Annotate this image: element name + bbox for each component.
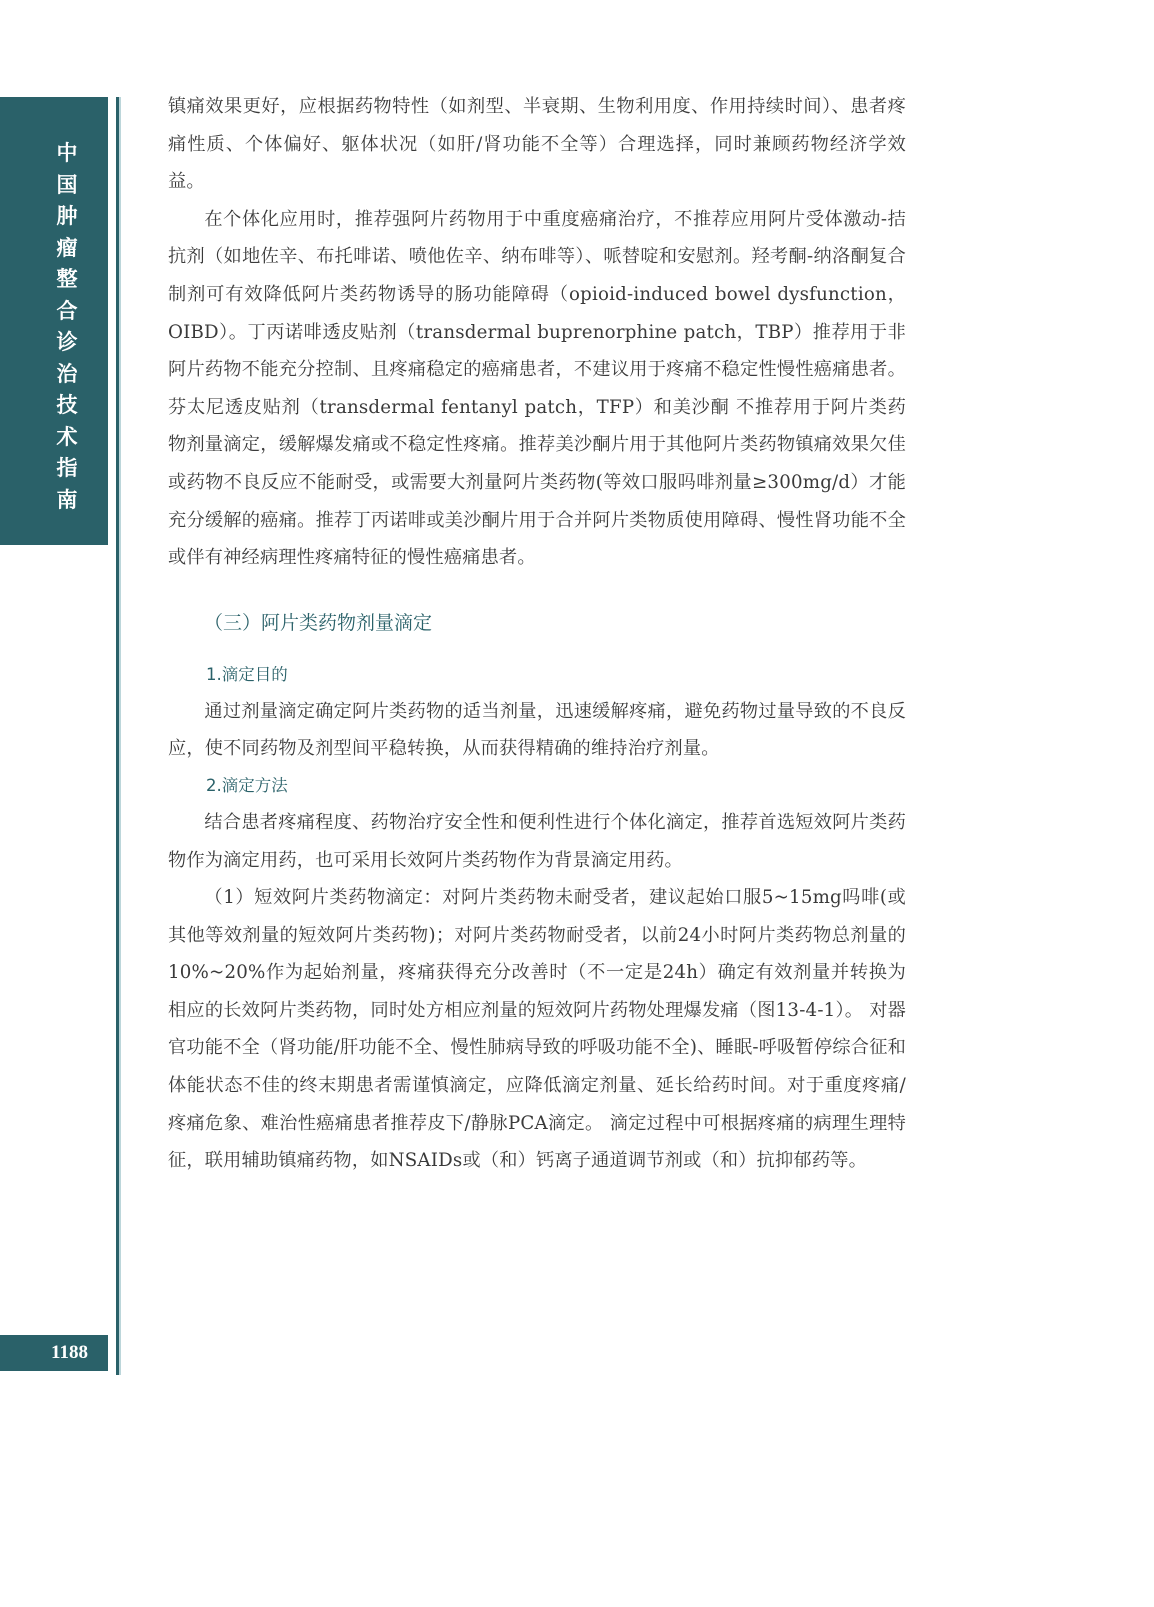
title-char: 国 xyxy=(52,170,82,202)
title-char: 整 xyxy=(52,264,82,296)
paragraph: 镇痛效果更好，应根据药物特性（如剂型、半衰期、生物利用度、作用持续时间）、患者疼… xyxy=(168,88,906,201)
title-char: 指 xyxy=(52,453,82,485)
title-char: 中 xyxy=(52,138,82,170)
title-char: 治 xyxy=(52,359,82,391)
title-char: 肿 xyxy=(52,201,82,233)
section-heading: （三）阿片类药物剂量滴定 xyxy=(204,603,906,643)
paragraph: 结合患者疼痛程度、药物治疗安全性和便利性进行个体化滴定，推荐首选短效阿片类药物作… xyxy=(168,804,906,879)
page-body: 镇痛效果更好，应根据药物特性（如剂型、半衰期、生物利用度、作用持续时间）、患者疼… xyxy=(168,88,906,1180)
subsection-heading: 1.滴定目的 xyxy=(206,657,906,693)
title-char: 合 xyxy=(52,296,82,328)
book-title-vertical: 中 国 肿 瘤 整 合 诊 治 技 术 指 南 xyxy=(52,138,82,516)
title-char: 技 xyxy=(52,390,82,422)
margin-rule-shadow xyxy=(119,97,121,1375)
title-char: 诊 xyxy=(52,327,82,359)
page-number-box: 1188 xyxy=(0,1335,108,1371)
title-char: 南 xyxy=(52,485,82,517)
paragraph: 在个体化应用时，推荐强阿片药物用于中重度癌痛治疗，不推荐应用阿片受体激动-拮抗剂… xyxy=(168,201,906,577)
title-char: 术 xyxy=(52,422,82,454)
subsection-heading: 2.滴定方法 xyxy=(206,768,906,804)
paragraph: 通过剂量滴定确定阿片类药物的适当剂量，迅速缓解疼痛，避免药物过量导致的不良反应，… xyxy=(168,693,906,768)
page-number: 1188 xyxy=(51,1342,88,1364)
paragraph: （1）短效阿片类药物滴定：对阿片类药物未耐受者，建议起始口服5~15mg吗啡(或… xyxy=(168,879,906,1180)
title-char: 瘤 xyxy=(52,233,82,265)
